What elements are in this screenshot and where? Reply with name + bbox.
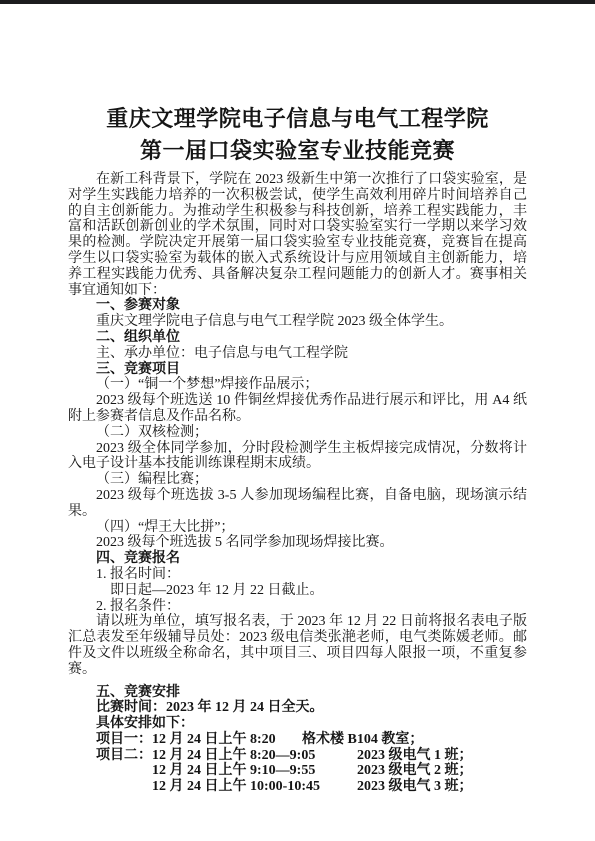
paragraph: （一）“铜一个梦想”焊接作品展示； [68,377,527,393]
schedule-location: 2023 级电气 2 班； [357,763,473,779]
paragraph: 请以班为单位，填写报名表，于 2023 年 12 月 22 日前将报名表电子版汇… [68,614,527,677]
section-heading: 四、竞赛报名 [68,551,527,567]
paragraph: 即日起—2023 年 12 月 22 日截止。 [68,583,527,599]
paragraph: 2023 级每个班选送 10 件铜丝焊接优秀作品进行展示和评比，用 A4 纸附上… [68,393,527,425]
section-heading: 二、组织单位 [68,330,527,346]
schedule-location: 格术楼 B104 教室； [302,732,423,748]
paragraph: （三）编程比赛； [68,472,527,488]
paragraph: （二）双核检测； [68,425,527,441]
schedule-row: 12 月 24 日上午 10:00-10:452023 级电气 3 班； [68,779,527,795]
schedule-label [96,763,152,779]
paragraph: 1. 报名时间： [68,567,527,583]
schedule-location: 2023 级电气 1 班； [357,748,473,764]
schedule-location: 2023 级电气 3 班； [357,779,473,795]
paragraph: 2023 级全体同学参加，分时段检测学生主板焊接完成情况，分数将计入电子设计基本… [68,441,527,473]
paragraph: 2023 级每个班选拔 5 名同学参加现场焊接比赛。 [68,535,527,551]
schedule-time: 12 月 24 日上午 8:20—9:05 [152,748,357,764]
section-heading: 一、参赛对象 [68,298,527,314]
section-heading: 三、竞赛项目 [68,362,527,378]
schedule-label: 项目一： [96,732,152,748]
schedule-label: 项目二： [96,748,152,764]
paragraph: 2. 报名条件： [68,599,527,615]
document-page: 重庆文理学院电子信息与电气工程学院 第一届口袋实验室专业技能竞赛 在新工科背景下… [0,4,595,795]
schedule-row: 项目一：12 月 24 日上午 8:20格术楼 B104 教室； [68,732,527,748]
paragraph: 具体安排如下： [68,716,527,732]
paragraph: 主、承办单位：电子信息与电气工程学院 [68,346,527,362]
schedule-row: 12 月 24 日上午 9:10—9:552023 级电气 2 班； [68,763,527,779]
paragraph: 重庆文理学院电子信息与电气工程学院 2023 级全体学生。 [68,314,527,330]
schedule-time: 12 月 24 日上午 8:20 [152,732,302,748]
schedule-time: 12 月 24 日上午 9:10—9:55 [152,763,357,779]
schedule-label [96,779,152,795]
paragraph: （四）“焊王大比拼”； [68,520,527,536]
document-title-line1: 重庆文理学院电子信息与电气工程学院 [68,103,527,135]
document-title-line2: 第一届口袋实验室专业技能竞赛 [68,135,527,167]
schedule-row: 项目二：12 月 24 日上午 8:20—9:052023 级电气 1 班； [68,748,527,764]
paragraph: 2023 级每个班选拔 3-5 人参加现场编程比赛，自备电脑，现场演示结果。 [68,488,527,520]
paragraph: 在新工科背景下，学院在 2023 级新生中第一次推行了口袋实验室，是对学生实践能… [68,172,527,298]
section-heading: 五、竞赛安排 [68,685,527,701]
schedule-time: 12 月 24 日上午 10:00-10:45 [152,779,357,795]
paragraph: 比赛时间：2023 年 12 月 24 日全天。 [68,700,527,716]
document-blocks: 在新工科背景下，学院在 2023 级新生中第一次推行了口袋实验室，是对学生实践能… [68,172,527,795]
